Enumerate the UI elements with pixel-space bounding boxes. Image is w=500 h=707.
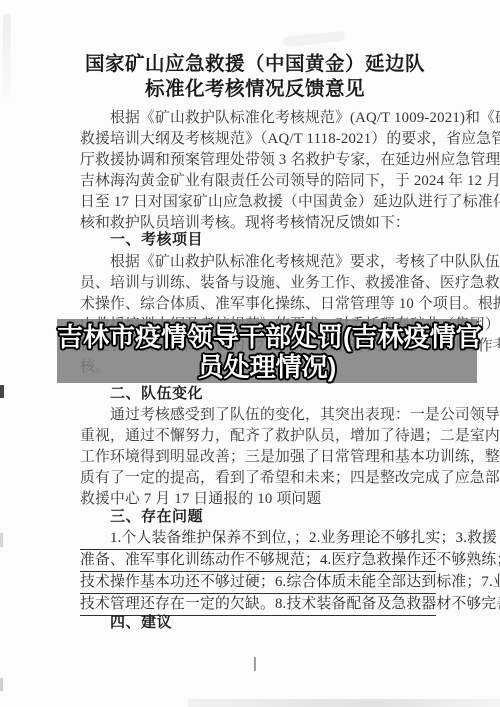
- text-line: 通过考核感受到了队伍的变化，其突出表现：一是公司领导高度: [80, 405, 436, 426]
- text-line: 根据《矿山救护队标准化考核规范》(AQ/T 1009-2021)和《矿山: [80, 108, 436, 129]
- underlined-text-line: 准备、准军事化训练动作不够规范；4.医疗急救操作还不够熟练；5.: [80, 550, 436, 572]
- text-line: 重视，通过不懈努力，配齐了救护队员，增加了待遇；二是室内、外: [80, 426, 436, 447]
- caption-overlay-band: 吉林市疫情领导干部处罚(吉林疫情官 员处理情况): [57, 319, 477, 383]
- scan-artifact-edge-tick: [0, 533, 3, 547]
- text-line: 吉林海沟黄金矿业有限责任公司领导的陪同下，于 2024 年 12 月 16: [80, 171, 436, 192]
- text-line: 日至 17 日对国家矿山应急救援（中国黄金）延边队进行了标准化考: [80, 192, 436, 213]
- section1-heading: 一、考核项目: [80, 230, 466, 251]
- text-line: 质有了一定的提高，看到了希望和未来；四是整改完成了应急部矿山: [80, 468, 436, 489]
- section3-heading: 三、存在问题: [80, 507, 466, 528]
- title-line: 国家矿山应急救援（中国黄金）延边队: [55, 52, 455, 77]
- underlined-text-line: 技术操作基本功还不够过硬；6.综合体质未能全部达到标准；7.业务: [80, 572, 436, 594]
- scan-artifact-smudge: [283, 31, 346, 47]
- document-title: 国家矿山应急救援（中国黄金）延边队 标准化考核情况反馈意见: [55, 52, 455, 102]
- caption-line: 员处理情况): [57, 352, 477, 382]
- section3-problem-list: 1.个人装备维护保养不到位，；2.业务理论不够扎实；3.救援 准备、准军事化训练…: [80, 528, 436, 616]
- scan-artifact-bottom-smudge: [188, 699, 500, 707]
- section2-heading: 二、队伍变化: [80, 384, 466, 405]
- title-line: 标准化考核情况反馈意见: [55, 77, 455, 102]
- section4-heading: 四、建议: [80, 613, 466, 634]
- text-line: 员、培训与训练、装备与设施、业务工作、救援准备、医疗急救、技: [80, 273, 436, 294]
- footer-page-mark: |: [249, 655, 261, 673]
- scan-artifact-edge-tick: [0, 385, 4, 398]
- underlined-text-line: 1.个人装备维护保养不到位，；2.业务理论不够扎实；3.救援: [80, 528, 436, 550]
- text-line: 救援培训大纲及考核规范》（AQ/T 1118-2021）的要求，省应急管理: [80, 129, 436, 150]
- scan-artifact-left-strip: [3, 14, 11, 99]
- text-line: 术操作、综合体质、准军事化操练、日常管理等 10 个项目。根据《矿: [80, 294, 436, 315]
- caption-overlay-text: 吉林市疫情领导干部处罚(吉林疫情官 员处理情况): [57, 319, 477, 382]
- section2-paragraph: 通过考核感受到了队伍的变化，其突出表现：一是公司领导高度 重视，通过不懈努力，配…: [80, 405, 436, 510]
- text-line: 工作环境得到明显改善；三是加强了日常管理和基本功训练，整体素: [80, 447, 436, 468]
- text-line: 根据《矿山救护队标准化考核规范》要求，考核了中队队伍及人: [80, 252, 436, 273]
- text-line: 厅救援协调和预案管理处带领 3 名救护专家，在延边州应急管理局和: [80, 150, 436, 171]
- intro-paragraph: 根据《矿山救护队标准化考核规范》(AQ/T 1009-2021)和《矿山 救援培…: [80, 108, 436, 234]
- scan-artifact-edge-tick: [0, 678, 3, 691]
- document-page: 国家矿山应急救援（中国黄金）延边队 标准化考核情况反馈意见 根据《矿山救护队标准…: [0, 0, 500, 707]
- caption-line: 吉林市疫情领导干部处罚(吉林疫情官: [57, 322, 477, 352]
